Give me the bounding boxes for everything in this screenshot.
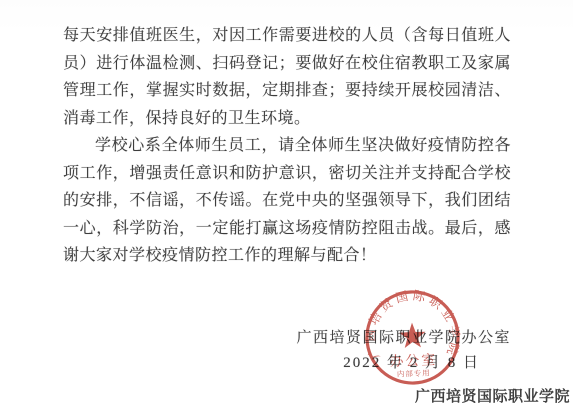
official-seal-stamp-icon: 广西培贤国际职业学院 办公室 内部专用 (361, 286, 463, 388)
document-body: 每天安排值班医生，对因工作需要进校的人员（含每日值班人员）进行体温检测、扫码登记… (63, 22, 511, 270)
seal-center-label: 办公室 (389, 351, 437, 369)
scanned-document-page: 每天安排值班医生，对因工作需要进校的人员（含每日值班人员）进行体温检测、扫码登记… (0, 0, 573, 409)
college-watermark: 广西培贤国际职业学院 (415, 385, 570, 406)
seal-bottom-label: 内部专用 (397, 368, 431, 379)
paragraph-closing-appeal: 学校心系全体师生员工，请全体师生坚决做好疫情防控各项工作，增强责任意识和防护意识… (63, 132, 511, 270)
paragraph-epidemic-measures: 每天安排值班医生，对因工作需要进校的人员（含每日值班人员）进行体温检测、扫码登记… (63, 22, 511, 132)
seal-star-icon (399, 322, 426, 348)
